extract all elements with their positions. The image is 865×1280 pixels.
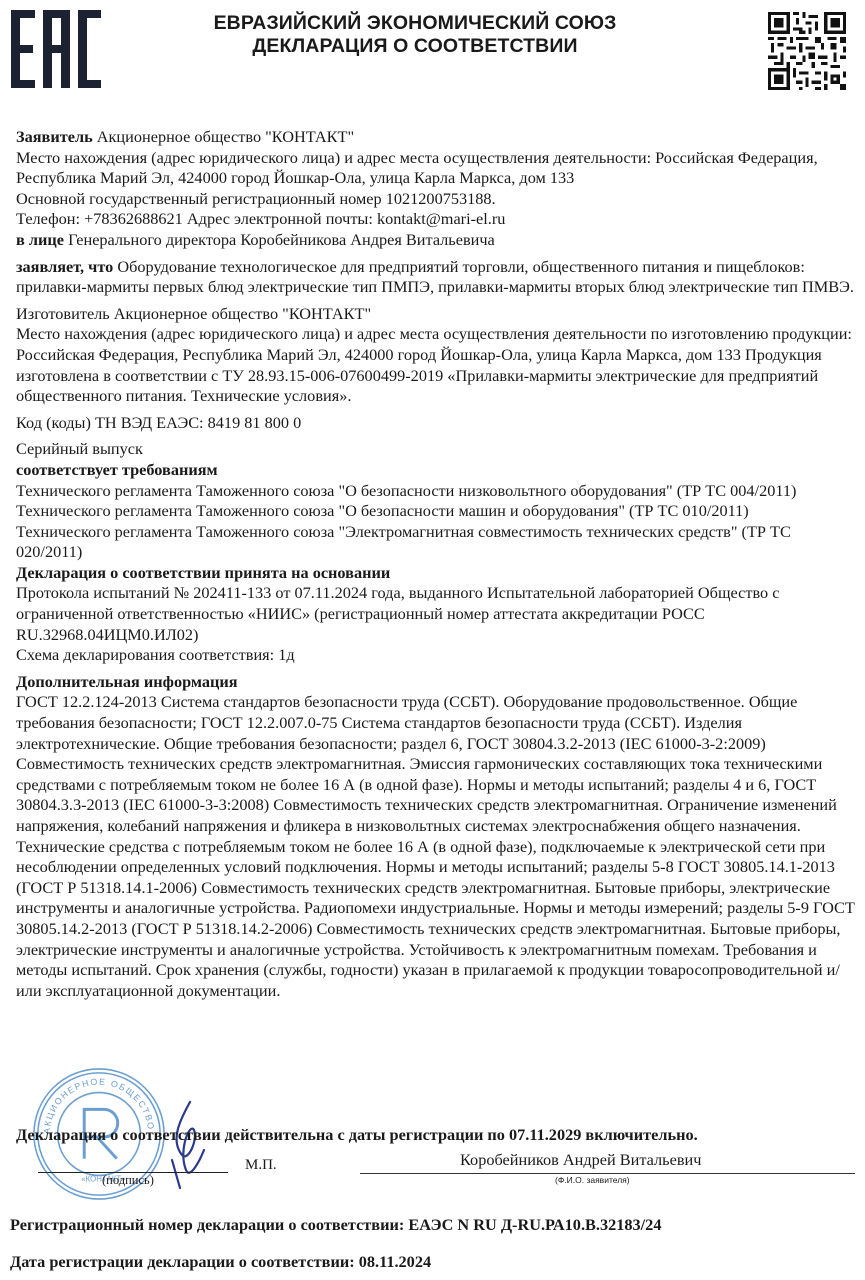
union-title: ЕВРАЗИЙСКИЙ ЭКОНОМИЧЕСКИЙ СОЮЗ (150, 12, 680, 35)
product-description: Оборудование технологическое для предпри… (16, 257, 854, 297)
declaration-statement: заявляет, что Оборудование технологическ… (16, 257, 856, 298)
applicant-section: Заявитель Акционерное общество "КОНТАКТ" (16, 127, 856, 148)
requirement-item: Технического регламента Таможенного союз… (16, 501, 856, 522)
registration-date: Дата регистрации декларации о соответств… (10, 1252, 431, 1272)
signature-caption: (подпись) (102, 1173, 154, 1188)
applicant-name: Акционерное общество "КОНТАКТ" (97, 127, 354, 146)
additional-heading: Дополнительная информация (16, 672, 856, 693)
requirements-heading: соответствует требованиям (16, 460, 856, 481)
basis-heading: Декларация о соответствии принята на осн… (16, 563, 856, 584)
applicant-address: Место нахождения (адрес юридического лиц… (16, 148, 856, 189)
signer-name: Коробейников Андрей Витальевич (460, 1150, 701, 1170)
document-title: ЕВРАЗИЙСКИЙ ЭКОНОМИЧЕСКИЙ СОЮЗ ДЕКЛАРАЦИ… (150, 12, 680, 58)
eac-logo-icon (11, 10, 101, 88)
validity-statement: Декларация о соответствии действительна … (16, 1125, 698, 1145)
declares-label: заявляет, что (16, 257, 113, 276)
release-type: Серийный выпуск (16, 439, 856, 460)
applicant-label: Заявитель (16, 127, 93, 146)
manufacturer-address: Место нахождения (адрес юридического лиц… (16, 324, 856, 406)
declaration-body: Заявитель Акционерное общество "КОНТАКТ"… (16, 127, 856, 1001)
seal-place-label: М.П. (245, 1157, 277, 1174)
applicant-contacts: Телефон: +78362688621 Адрес электронной … (16, 209, 856, 230)
qr-code-icon[interactable] (768, 12, 846, 90)
tn-ved-code: Код (коды) ТН ВЭД ЕАЭС: 8419 81 800 0 (16, 413, 856, 434)
requirement-item: Технического регламента Таможенного союз… (16, 481, 856, 502)
handwritten-signature-icon (160, 1100, 210, 1190)
basis-scheme: Схема декларирования соответствия: 1д (16, 645, 856, 666)
additional-text: ГОСТ 12.2.124-2013 Система стандартов бе… (16, 692, 856, 1001)
signer-caption: (Ф.И.О. заявителя) (555, 1175, 630, 1185)
applicant-representative: в лице Генерального директора Коробейник… (16, 230, 856, 251)
applicant-ogrn: Основной государственный регистрационный… (16, 189, 856, 210)
represented-label: в лице (16, 230, 64, 249)
basis-protocol: Протокола испытаний № 202411-133 от 07.1… (16, 583, 856, 645)
registration-number: Регистрационный номер декларации о соотв… (10, 1215, 661, 1235)
manufacturer-line: Изготовитель Акционерное общество "КОНТА… (16, 304, 856, 325)
requirement-item: Технического регламента Таможенного союз… (16, 522, 856, 563)
represented-by: Генерального директора Коробейникова Анд… (68, 230, 495, 249)
declaration-title: ДЕКЛАРАЦИЯ О СООТВЕТСТВИИ (150, 35, 680, 58)
signer-name-line (360, 1173, 855, 1174)
